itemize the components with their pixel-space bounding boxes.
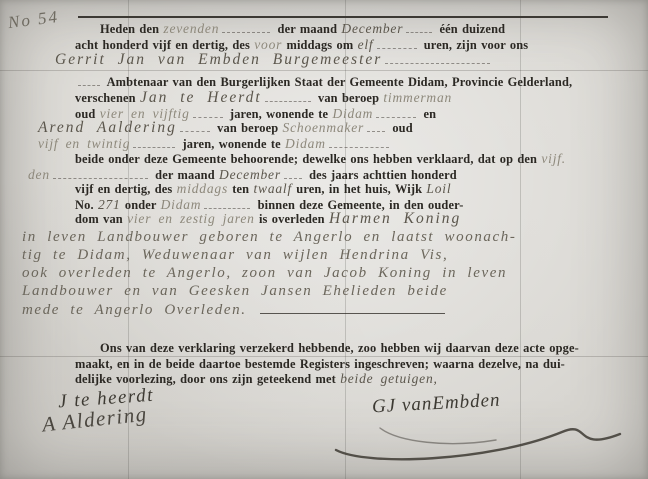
printed-text: acht honderd vijf en dertig, des: [75, 38, 254, 52]
handwritten-text: Harmen Koning: [329, 210, 461, 227]
deed-line: in leven Landbouwer geboren te Angerlo e…: [22, 230, 516, 244]
handwritten-text: Schoenmaker: [283, 120, 365, 135]
act-number: No 54: [7, 7, 60, 33]
signature-flourish-icon: [328, 408, 628, 466]
handwritten-text: den: [28, 167, 50, 182]
blank-rule: [204, 197, 250, 209]
blank-rule: [406, 21, 432, 33]
deed-line: Gerrit Jan van Embden Burgemeester: [55, 52, 493, 67]
blank-rule: [222, 21, 270, 33]
printed-text: maakt, en in de beide daartoe bestemde R…: [75, 357, 565, 371]
deed-line: Ambtenaar van den Burgerlijken Staat der…: [75, 74, 572, 89]
handwritten-text: December: [341, 21, 403, 36]
handwritten-text: vijf.: [541, 151, 566, 166]
handwritten-text: tig te Didam, Weduwenaar van wijlen Hend…: [22, 247, 448, 263]
deed-line: Landbouwer en van Geesken Jansen Ehelied…: [22, 284, 448, 298]
printed-text: en: [419, 107, 436, 121]
handwritten-text: beide getuigen,: [340, 371, 437, 386]
handwritten-text: zevenden: [163, 21, 219, 36]
printed-text: is overleden: [255, 212, 329, 226]
handwritten-text: in leven Landbouwer geboren te Angerlo e…: [22, 229, 516, 245]
handwritten-text: elf: [358, 37, 374, 52]
deed-line: Ons van deze verklaring verzekerd hebben…: [100, 341, 579, 355]
blank-rule: [367, 120, 385, 132]
deed-line: maakt, en in de beide daartoe bestemde R…: [75, 357, 565, 371]
printed-text: jaren, wonende te: [226, 107, 333, 121]
printed-text: delijke voorlezing, door ons zijn geteek…: [75, 372, 340, 386]
deed-line: mede te Angerlo Overleden.: [22, 302, 448, 317]
deed-line: ook overleden te Angerlo, zoon van Jacob…: [22, 266, 507, 280]
printed-text: jaren, wonende te: [178, 137, 285, 151]
handwritten-text: twaalf: [253, 181, 292, 196]
printed-text: verschenen: [75, 91, 140, 105]
handwritten-text: Gerrit Jan van Embden Burgemeester: [55, 51, 382, 68]
fold-line-horizontal-upper: [0, 70, 648, 71]
handwritten-text: Jan te Heerdt: [140, 89, 262, 106]
printed-text: Ambtenaar van den Burgerlijken Staat der…: [103, 75, 572, 89]
blank-rule: [377, 37, 417, 49]
printed-text: middags om: [282, 38, 357, 52]
deed-line: beide onder deze Gemeente behoorende; de…: [75, 152, 566, 166]
printed-text: oud: [388, 121, 413, 135]
blank-rule: [260, 302, 445, 314]
handwritten-text: Loil: [426, 181, 451, 196]
blank-rule: [133, 136, 175, 148]
deed-line: verschenen Jan te Heerdt van beroep timm…: [75, 90, 452, 105]
blank-rule: [284, 167, 302, 179]
deed-line: tig te Didam, Weduwenaar van wijlen Hend…: [22, 248, 448, 262]
printed-text: des jaars achttien honderd: [305, 168, 457, 182]
blank-rule: [376, 106, 416, 118]
handwritten-text: Didam: [161, 197, 202, 212]
blank-rule: [193, 106, 223, 118]
handwritten-text: December: [219, 167, 281, 182]
handwritten-text: Didam: [332, 106, 373, 121]
printed-text: No.: [75, 198, 98, 212]
handwritten-text: middags: [177, 181, 228, 196]
deed-line: vijf en dertig, des middags ten twaalf u…: [75, 182, 451, 196]
blank-rule: [329, 136, 389, 148]
printed-text: dom van: [75, 212, 127, 226]
deed-line: den der maand December des jaars achttie…: [28, 167, 457, 182]
printed-text: uren, zijn voor ons: [420, 38, 529, 52]
deed-line: acht honderd vijf en dertig, des voor mi…: [75, 37, 528, 52]
blank-rule: [265, 90, 311, 102]
deed-line: Arend Aaldering van beroep Schoenmaker o…: [38, 120, 413, 135]
printed-text: der maand: [151, 168, 219, 182]
deed-line: delijke voorlezing, door ons zijn geteek…: [75, 372, 438, 386]
deed-line: dom van vier en zestig jaren is overlede…: [75, 212, 461, 226]
blank-rule: [180, 120, 210, 132]
blank-rule: [78, 74, 100, 86]
handwritten-text: ook overleden te Angerlo, zoon van Jacob…: [22, 265, 507, 281]
printed-text: uren, in het huis, Wijk: [292, 182, 426, 196]
printed-text: Ons van deze verklaring verzekerd hebben…: [100, 341, 579, 355]
printed-text: der maand: [273, 22, 341, 36]
printed-text: Heden den: [100, 22, 163, 36]
printed-text: één duizend: [435, 22, 505, 36]
handwritten-text: Landbouwer en van Geesken Jansen Ehelied…: [22, 283, 448, 299]
printed-text: beide onder deze Gemeente behoorende; de…: [75, 152, 541, 166]
handwritten-text: vijf en twintig: [38, 136, 130, 151]
printed-text: ten: [228, 182, 253, 196]
printed-text: vijf en dertig, des: [75, 182, 177, 196]
printed-text: van beroep: [314, 91, 384, 105]
handwritten-text: mede te Angerlo Overleden.: [22, 302, 257, 318]
printed-text: onder: [121, 198, 161, 212]
handwritten-text: timmerman: [383, 90, 452, 105]
handwritten-text: vier en zestig jaren: [127, 211, 255, 226]
handwritten-text: Didam: [285, 136, 326, 151]
printed-top-rule: [78, 16, 608, 18]
handwritten-text: voor: [254, 37, 282, 52]
printed-text: van beroep: [213, 121, 283, 135]
blank-rule: [53, 167, 148, 179]
deed-line: vijf en twintig jaren, wonende te Didam: [38, 136, 392, 151]
deed-line: Heden den zevenden der maand December éé…: [100, 21, 505, 36]
scanned-death-record: No 54 Heden den zevenden der maand Decem…: [0, 0, 648, 479]
blank-rule: [385, 52, 490, 64]
signature-witness-2: A Aldering: [41, 402, 149, 438]
handwritten-text: 271: [98, 197, 121, 212]
handwritten-text: Arend Aaldering: [38, 119, 177, 136]
